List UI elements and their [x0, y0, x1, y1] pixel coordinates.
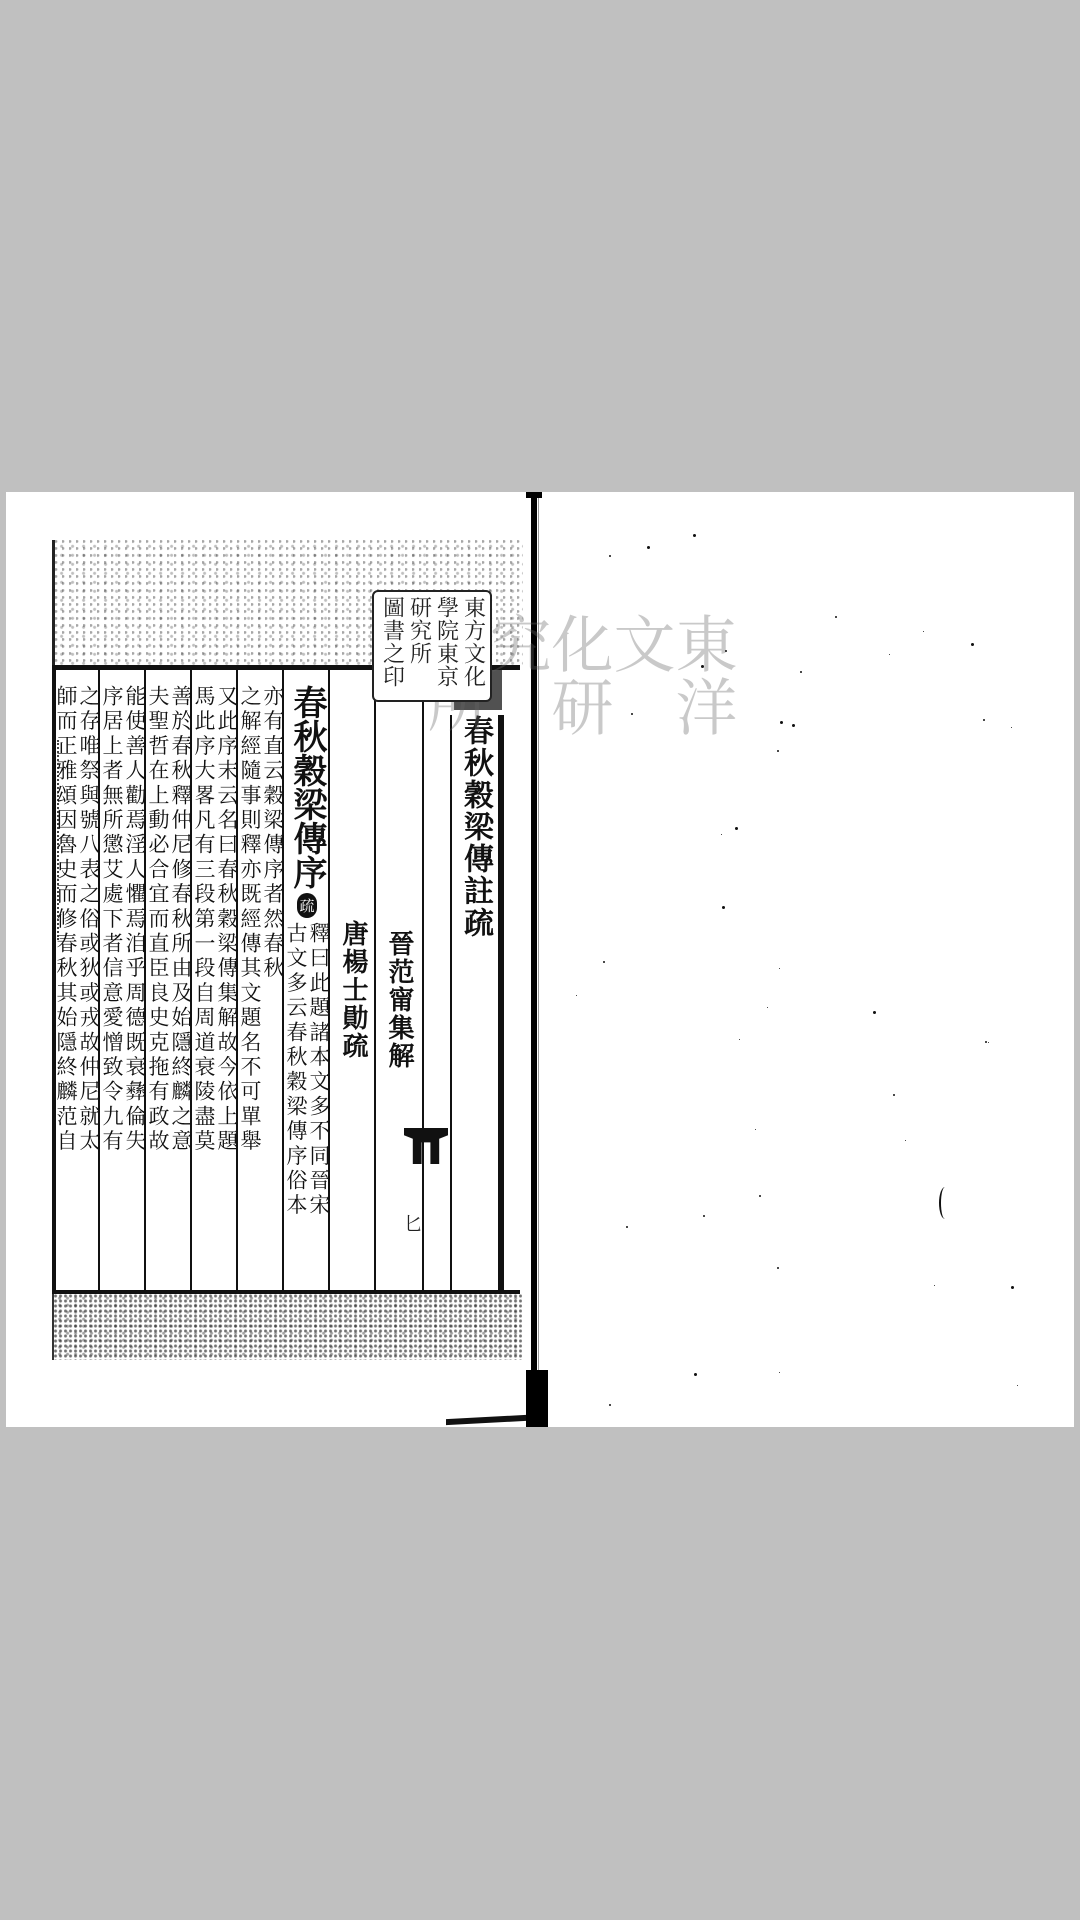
paper-speck — [755, 1129, 756, 1130]
paper-speck — [983, 719, 985, 721]
seal-small-line: 學院東京 — [434, 596, 458, 696]
shu-marker: 疏 — [297, 893, 316, 918]
seal-small-line: 圖書之印 — [380, 596, 404, 696]
text-line: 又此序末云名曰春秋穀梁傳集解故今依上題 — [216, 685, 237, 1154]
paper-speck — [923, 631, 924, 632]
paper-speck — [722, 906, 725, 909]
paper-speck — [647, 546, 650, 549]
paper-speck — [759, 1195, 761, 1197]
paper-speck — [694, 1373, 697, 1376]
stray-ink-mark — [939, 1187, 951, 1219]
paper-speck — [609, 555, 611, 557]
paper-speck — [1011, 727, 1012, 728]
author-jin: 晉范甯集解 — [388, 930, 410, 1070]
preface-column: 春秋穀梁傳序 疏 釋曰此題諸本文多不同晉宋 古文多云春秋穀梁傳序俗本 — [284, 685, 330, 1218]
paper-speck — [905, 1140, 906, 1141]
text-line: 善於春秋釋仲尼修春秋所由及始隱終麟之意 — [170, 685, 191, 1154]
paper-speck — [779, 1372, 780, 1373]
print-block: 春秋穀梁傳註疏 晉范甯集解 匕 唐楊士勛疏 春秋穀梁傳序 疏 釋曰此題諸本文多不… — [52, 540, 520, 1360]
text-line: 之解經隨事則釋亦既經傳其文題名不可單舉 — [239, 685, 260, 1154]
paper-speck — [971, 643, 974, 646]
paper-speck — [721, 834, 722, 835]
paper-speck — [777, 750, 779, 752]
paper-speck — [739, 1039, 740, 1040]
paper-speck — [767, 1007, 768, 1008]
seal-large-line: 化研究 — [484, 612, 608, 792]
text-column: 又此序末云名曰春秋穀梁傳集解故今依上題 馬此序大畧凡有三段第一段自周道衰陵盡莫 — [192, 685, 238, 1154]
text-line: 序居上者無所懲艾處下者信意愛憎致令九有 — [101, 685, 122, 1154]
paper-speck — [792, 724, 795, 727]
bottom-margin — [52, 1294, 522, 1360]
paper-speck — [889, 654, 890, 655]
fold-line-top — [526, 492, 542, 498]
text-column: 善於春秋釋仲尼修春秋所由及始隱終麟之意 夫聖哲在上動必合宜而直臣良史克拖有政故 — [146, 685, 192, 1154]
author-jin-column: 晉范甯集解 — [376, 930, 422, 1070]
text-pair: 亦有直云穀梁傳序者然春秋 之解經隨事則釋亦既經傳其文題名不可單舉 — [239, 685, 283, 1154]
text-line: 之存唯祭與號八表之俗或狄或戎故仲尼就太 — [78, 685, 99, 1154]
paper-speck — [703, 1215, 705, 1217]
author-tang-column: 唐楊士勛疏 — [330, 920, 376, 1060]
text-pair: 又此序末云名曰春秋穀梁傳集解故今依上題 馬此序大畧凡有三段第一段自周道衰陵盡莫 — [193, 685, 237, 1154]
text-line: 亦有直云穀梁傳序者然春秋 — [262, 685, 283, 1154]
paper-speck — [779, 968, 780, 969]
paper-speck — [693, 534, 696, 537]
paper-speck — [800, 671, 802, 673]
paper-speck — [835, 616, 837, 618]
text-line: 夫聖哲在上動必合宜而直臣良史克拖有政故 — [147, 685, 168, 1154]
library-seal-small: 東方文化 學院東京 研究所 圖書之印 — [372, 590, 492, 702]
text-line: 馬此序大畧凡有三段第一段自周道衰陵盡莫 — [193, 685, 214, 1154]
text-pair: 之存唯祭與號八表之俗或狄或戎故仲尼就太 師而正雅頌因魯史而修春秋其始隱終麟范自 — [55, 685, 99, 1154]
text-pair: 能使善人勸焉淫人懼焉洎乎周德既衰彝倫失 序居上者無所懲艾處下者信意愛憎致令九有 — [101, 685, 145, 1154]
paper-speck — [603, 961, 605, 963]
preface-commentary: 釋曰此題諸本文多不同晉宋 古文多云春秋穀梁傳序俗本 — [285, 922, 329, 1218]
paper-speck — [609, 1404, 611, 1406]
paper-speck — [873, 1011, 876, 1014]
preface-title: 春秋穀梁傳序 — [289, 685, 325, 889]
paper-speck — [777, 1267, 779, 1269]
seal-small-line: 研究所 — [407, 596, 431, 696]
author-tang: 唐楊士勛疏 — [342, 920, 364, 1060]
paper-speck — [576, 995, 577, 996]
seal-small-line: 東方文化 — [461, 596, 485, 696]
commentary-line: 古文多云春秋穀梁傳序俗本 — [285, 922, 306, 1218]
scanned-page: 春秋穀梁傳註疏 晉范甯集解 匕 唐楊士勛疏 春秋穀梁傳序 疏 釋曰此題諸本文多不… — [6, 492, 1074, 1427]
fold-line-bottom — [526, 1370, 548, 1427]
paper-speck — [1017, 1385, 1018, 1386]
paper-speck — [626, 1226, 628, 1228]
text-column: 能使善人勸焉淫人懼焉洎乎周德既衰彝倫失 序居上者無所懲艾處下者信意愛憎致令九有 — [100, 685, 146, 1154]
text-line: 能使善人勸焉淫人懼焉洎乎周德既衰彝倫失 — [124, 685, 145, 1154]
paper-speck — [1011, 1286, 1014, 1289]
document-viewer: 春秋穀梁傳註疏 晉范甯集解 匕 唐楊士勛疏 春秋穀梁傳序 疏 釋曰此題諸本文多不… — [0, 0, 1080, 1920]
paper-speck — [985, 1041, 987, 1043]
paper-speck — [934, 1285, 935, 1286]
small-mark: 匕 — [404, 1210, 422, 1236]
text-column: 亦有直云穀梁傳序者然春秋 之解經隨事則釋亦既經傳其文題名不可單舉 — [238, 685, 284, 1154]
paper-speck — [725, 650, 727, 652]
text-line: 師而正雅頌因魯史而修春秋其始隱終麟范自 — [55, 685, 76, 1154]
commentary-line: 釋曰此題諸本文多不同晉宋 — [308, 922, 329, 1218]
text-column: 之存唯祭與號八表之俗或狄或戎故仲尼就太 師而正雅頌因魯史而修春秋其始隱終麟范自 — [54, 685, 100, 1154]
paper-speck — [988, 1042, 989, 1043]
page-shadow — [446, 1415, 526, 1425]
fishtail-mark — [404, 1128, 448, 1164]
text-pair: 善於春秋釋仲尼修春秋所由及始隱終麟之意 夫聖哲在上動必合宜而直臣良史克拖有政故 — [147, 685, 191, 1154]
paper-speck — [735, 827, 738, 830]
seal-large-line: 東洋文 — [608, 612, 732, 792]
paper-speck — [780, 721, 783, 724]
paper-speck — [893, 1094, 895, 1096]
